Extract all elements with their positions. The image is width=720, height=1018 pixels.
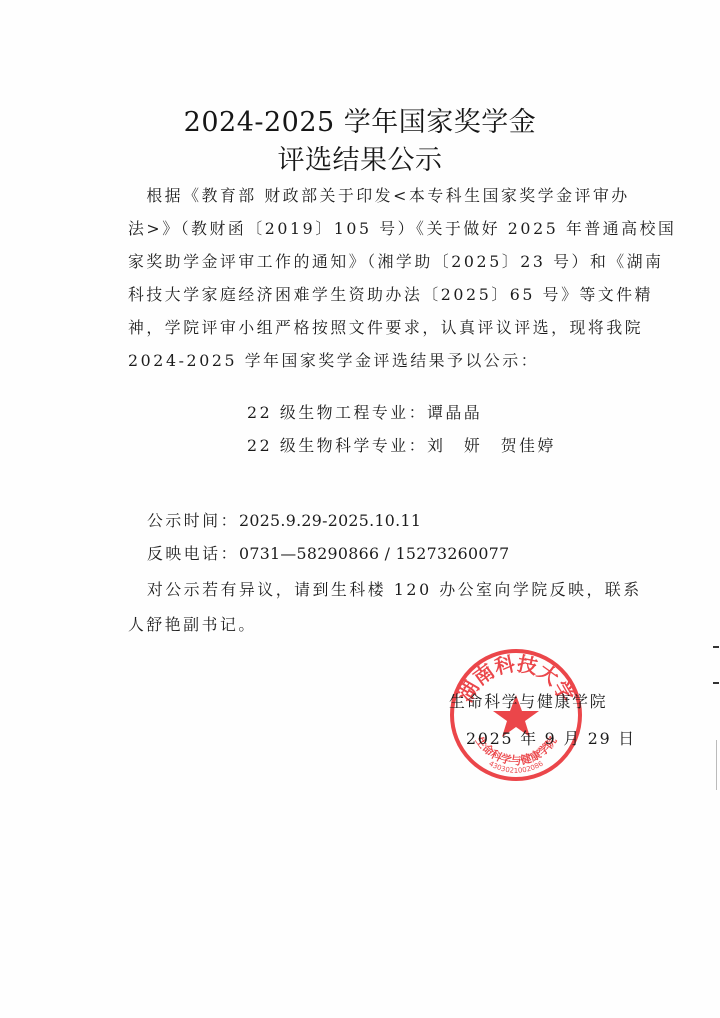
body-line-3: 家奖助学金评审工作的通知》（湘学助〔2025〕23 号）和《湖南 <box>128 249 664 272</box>
document-title-line-2: 评选结果公示 <box>0 138 720 177</box>
signature-organization: 生命科学与健康学院 <box>449 689 607 712</box>
winner-names: 刘 妍 贺佳婷 <box>427 436 556 455</box>
notice-period: 公示时间：2025.9.29-2025.10.11 <box>147 508 421 531</box>
objection-line-2: 人舒艳副书记。 <box>128 612 257 635</box>
winner-row-bioengineering: 22 级生物工程专业：谭晶晶 <box>247 400 482 423</box>
objection-line-1: 对公示若有异议，请到生科楼 120 办公室向学院反映，联系 <box>147 577 642 600</box>
scan-edge-mark <box>713 682 719 684</box>
signature-date: 2025 年 9 月 29 日 <box>466 726 636 749</box>
body-line-5: 神，学院评审小组严格按照文件要求，认真评议评选，现将我院 <box>128 315 643 338</box>
document-title-line-1: 2024-2025 学年国家奖学金 <box>0 100 720 139</box>
scan-edge-mark <box>713 646 719 648</box>
contact-phone: 反映电话：0731—58290866 / 15273260077 <box>147 541 509 564</box>
body-line-6: 2024-2025 学年国家奖学金评选结果予以公示： <box>128 348 539 371</box>
scan-edge-mark <box>716 740 717 790</box>
body-line-1: 根据《教育部 财政部关于印发<本专科生国家奖学金评审办 <box>128 183 630 206</box>
winner-row-bioscience: 22 级生物科学专业：刘 妍 贺佳婷 <box>247 433 556 456</box>
winner-names: 谭晶晶 <box>427 403 482 422</box>
body-line-2: 法>》（教财函〔2019〕105 号）《关于做好 2025 年普通高校国 <box>128 216 676 239</box>
winner-major: 22 级生物工程专业： <box>247 403 427 422</box>
winner-major: 22 级生物科学专业： <box>247 436 427 455</box>
notice-period-label: 公示时间： <box>147 511 239 530</box>
scanned-document-page: 2024-2025 学年国家奖学金 评选结果公示 根据《教育部 财政部关于印发<… <box>0 0 720 1018</box>
body-line-4: 科技大学家庭经济困难学生资助办法〔2025〕65 号》等文件精 <box>128 282 653 305</box>
phone-label: 反映电话： <box>147 544 239 563</box>
phone-value: 0731—58290866 / 15273260077 <box>239 544 509 563</box>
notice-period-value: 2025.9.29-2025.10.11 <box>239 511 421 530</box>
official-seal-icon: 湖南科技大学 生命科学与健康学院 4303021002086 <box>446 645 586 785</box>
